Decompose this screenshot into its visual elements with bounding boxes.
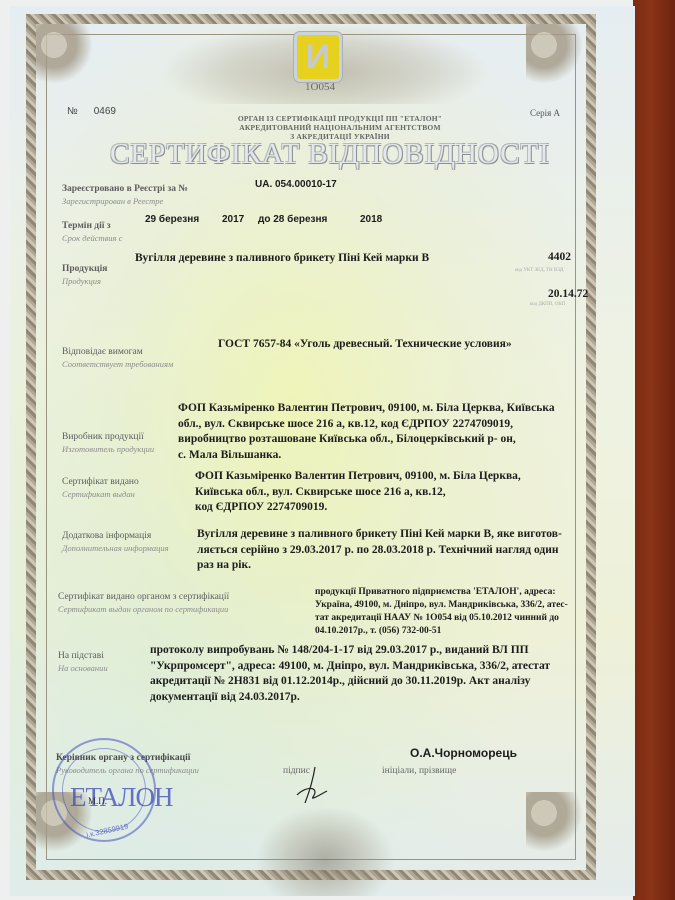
manufacturer-label: Виробник продукції Изготовитель продукци…	[62, 431, 154, 455]
stamp-mark: М.П.	[88, 796, 107, 806]
corner-ornament-top-right	[526, 24, 586, 94]
product-name: Вугілля деревине з паливного брикету Пін…	[135, 251, 429, 267]
certificate-series: Серія А	[530, 108, 560, 118]
basis-details: протоколу випробувань № 148/204-1-17 від…	[150, 643, 550, 705]
certification-mark-icon: И	[294, 32, 342, 82]
additional-info-text: Вугілля деревине з паливного брикету Пін…	[197, 527, 562, 574]
validity-to-date: до 28 березня	[258, 212, 327, 228]
issued-to-label: Сертифікат видано Сертификат выдан	[62, 476, 139, 500]
additional-info-label: Додаткова інформація Дополнительная инфо…	[62, 530, 169, 554]
issued-by-details: продукції Приватного підприємства 'ЕТАЛО…	[315, 586, 568, 638]
requirements-standard: ГОСТ 7657-84 «Уголь древесный. Техническ…	[218, 337, 512, 353]
wooden-surface	[633, 0, 675, 900]
basis-label: На підставі На основании	[58, 650, 108, 674]
validity-from-year: 2017	[222, 212, 244, 228]
manufacturer-details: ФОП Казьміренко Валентин Петрович, 09100…	[178, 401, 555, 463]
certificate-number: №0469	[67, 106, 116, 117]
logo-code: 1О054	[290, 81, 350, 93]
registry-label: Зареєстровано в Реєстрі за № Зарегистрир…	[62, 183, 188, 207]
issuing-org-header: ОРГАН ІЗ СЕРТИФІКАЦІЇ ПРОДУКЦІЇ ПП "ЕТАЛ…	[180, 114, 500, 141]
registry-number: UA. 054.00010-17	[255, 177, 337, 193]
corner-ornament-top-left	[36, 24, 96, 94]
requirements-label: Відповідає вимогам Соответствует требова…	[62, 346, 173, 370]
validity-to-year: 2018	[360, 212, 382, 228]
product-code-dkpp-caption: код ДКПП, ОКП	[530, 302, 565, 307]
signature-caption: підпис	[283, 766, 310, 776]
document-title: СЕРТИФІКАТ ВІДПОВІДНОСТІ	[110, 138, 550, 171]
issued-to-details: ФОП Казьміренко Валентин Петрович, 09100…	[195, 469, 521, 516]
product-code-uktzed: 4402	[548, 250, 571, 266]
product-label: Продукція Продукция	[62, 263, 107, 287]
issued-by-label: Сертифікат видано органом з сертифікації…	[58, 591, 229, 615]
name-caption: ініціали, прізвище	[382, 766, 456, 776]
product-code-uktzed-caption: код УКТ ЗЕД, ТН ВЭД	[515, 268, 564, 273]
validity-from-day: 29 березня	[145, 212, 199, 228]
corner-ornament-bottom-right	[526, 792, 586, 862]
signer-name: О.А.Чорноморець	[410, 746, 517, 760]
validity-label: Термін дії з Срок действия с	[62, 220, 122, 244]
product-code-dkpp: 20.14.72	[548, 287, 588, 303]
bottom-ornament	[255, 806, 395, 896]
stamp-center-text: ЕТАЛОН	[70, 782, 172, 813]
